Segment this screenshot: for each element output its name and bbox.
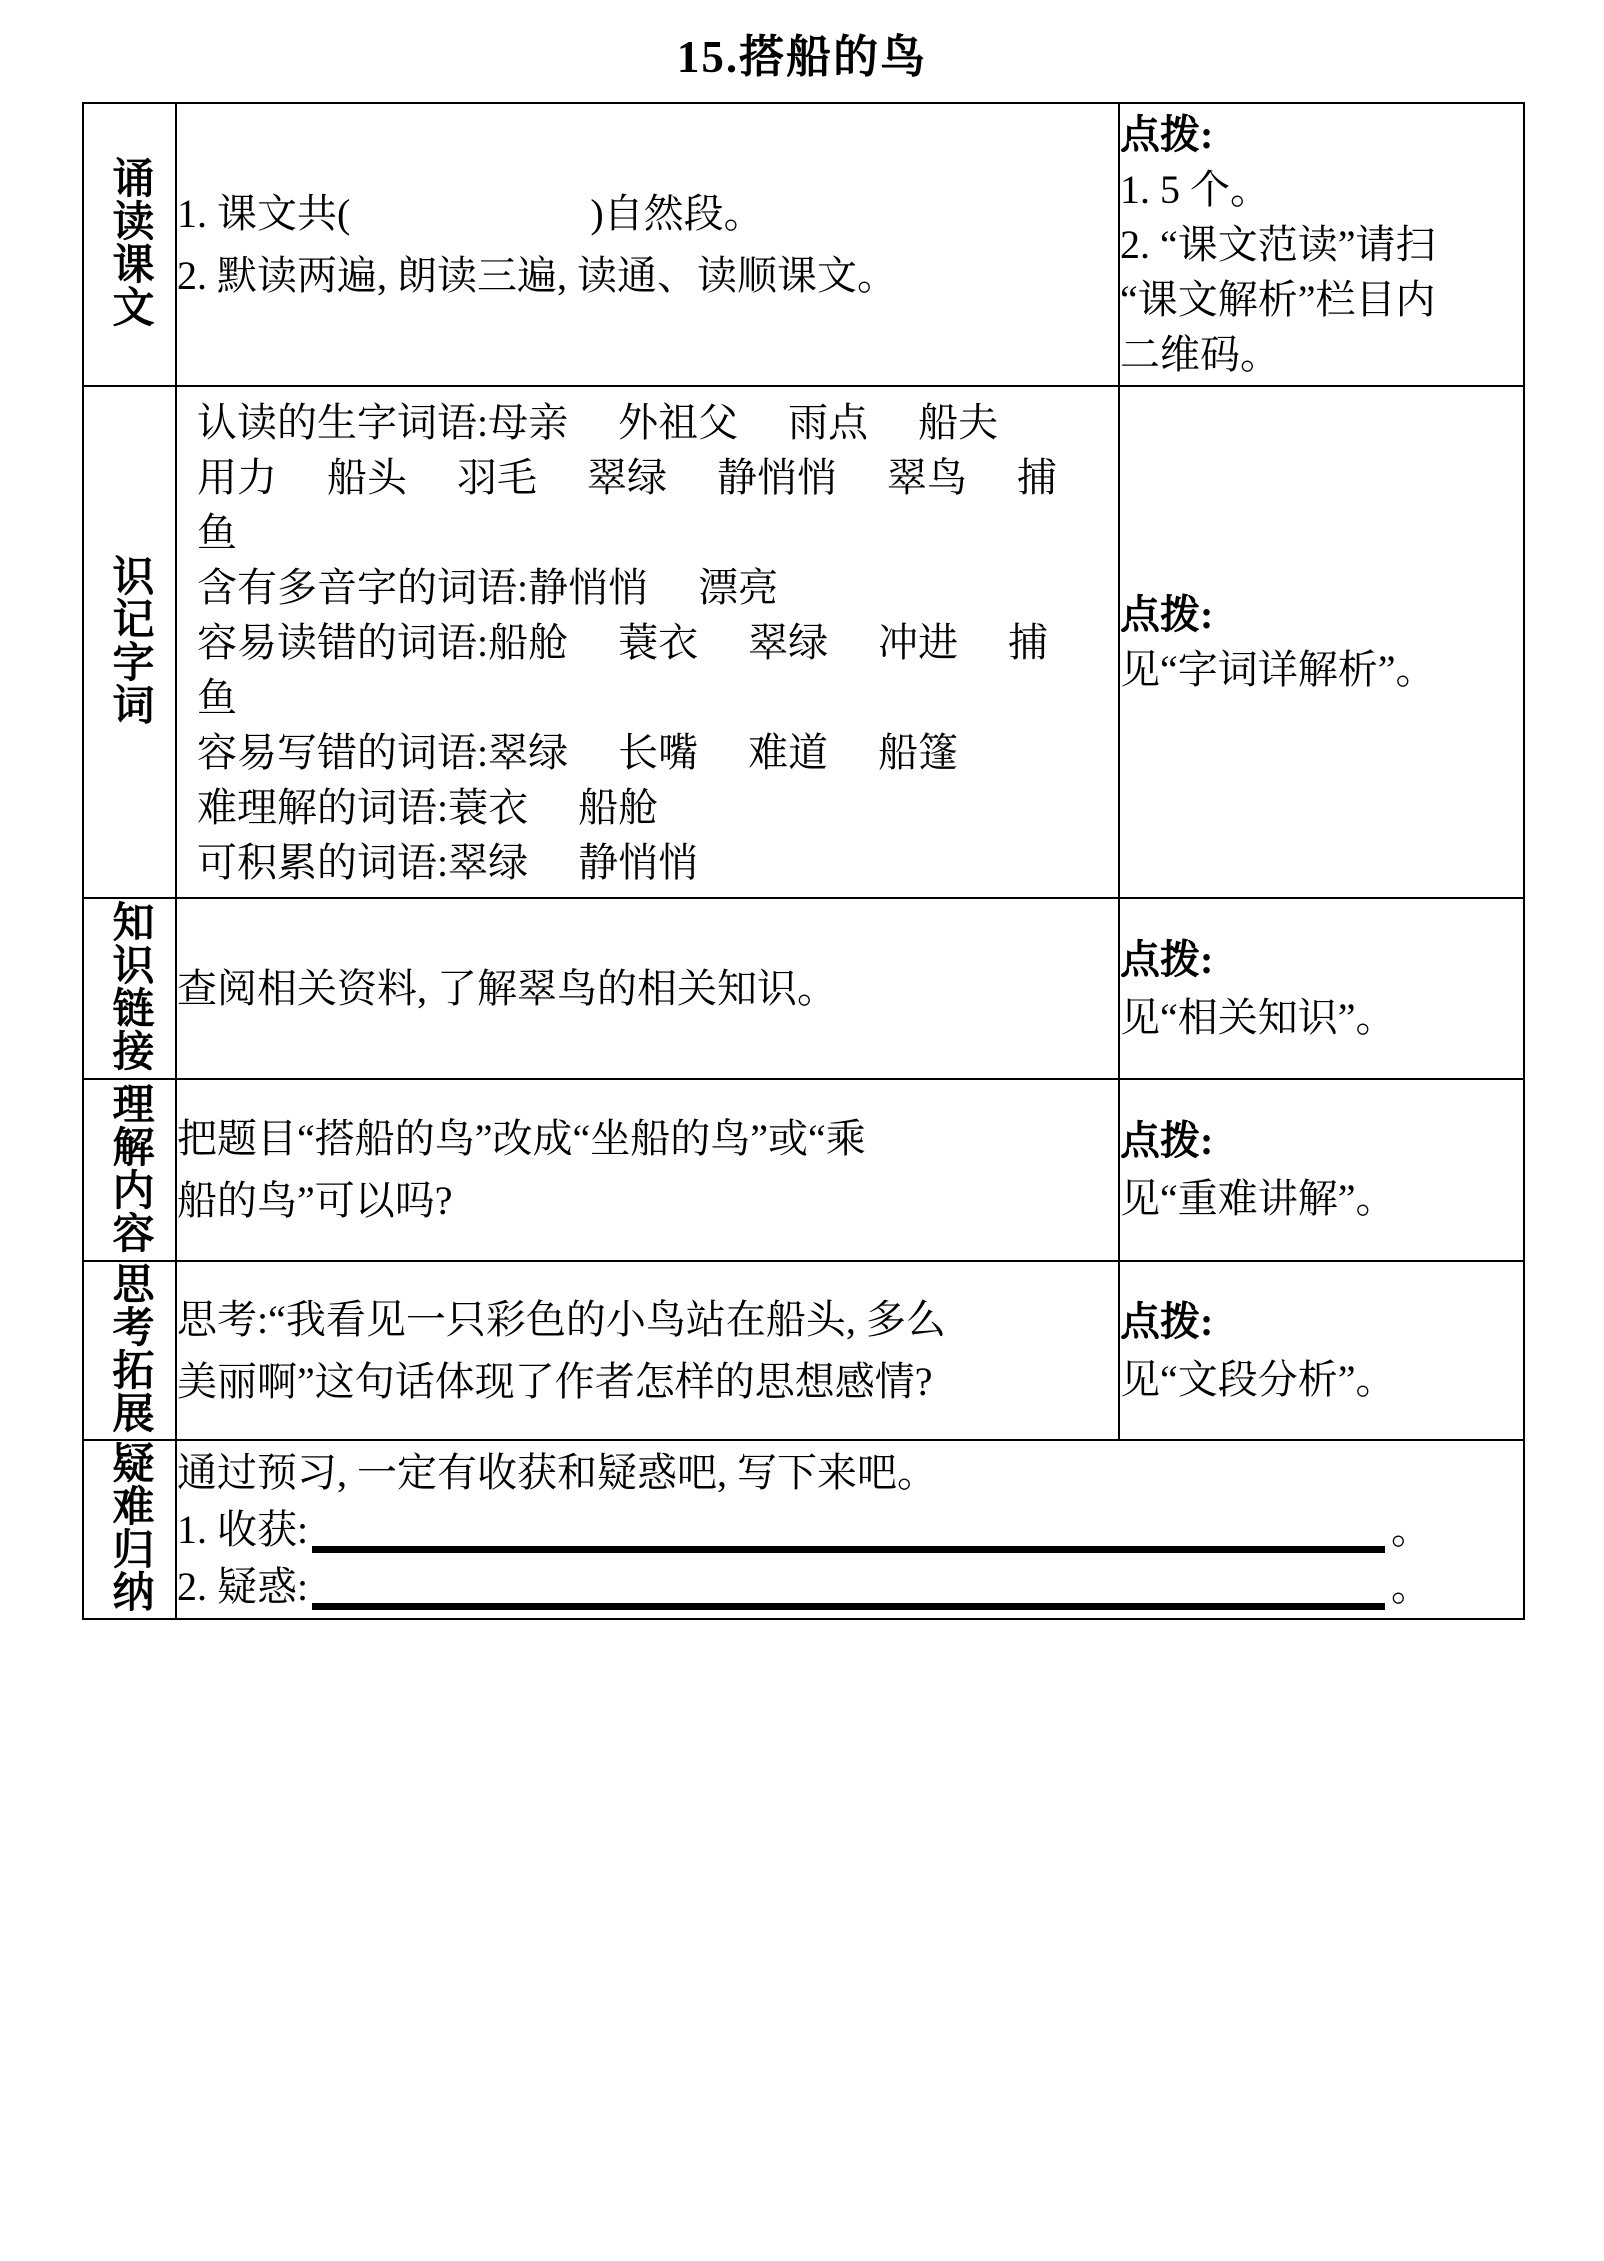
content-line: 难理解的词语:蓑衣 船舱 <box>197 780 1098 835</box>
tip-title: 点拨: <box>1120 931 1523 989</box>
content-line: 1. 课文共( )自然段。 <box>177 183 1118 245</box>
tip-title: 点拨: <box>1120 107 1523 162</box>
table-row: 思考拓展 思考:“我看见一只彩色的小鸟站在船头, 多么 美丽啊”这句话体现了作者… <box>83 1261 1524 1440</box>
content-line: 2. 默读两遍, 朗读三遍, 读通、读顺课文。 <box>177 245 1118 307</box>
table-row: 疑难归纳 通过预习, 一定有收获和疑惑吧, 写下来吧。 1. 收获: 。 2. … <box>83 1440 1524 1619</box>
row-label-cell: 思考拓展 <box>83 1261 176 1440</box>
content-line: 把题目“搭船的鸟”改成“坐船的鸟”或“乘 <box>177 1108 1118 1170</box>
table-row: 识记字词 认读的生字词语:母亲 外祖父 雨点 船夫 用力 船头 羽毛 翠绿 静悄… <box>83 386 1524 898</box>
row-label-cell: 知识链接 <box>83 898 176 1079</box>
fill-period: 。 <box>1391 1558 1431 1615</box>
content-line: 认读的生字词语:母亲 外祖父 雨点 船夫 <box>197 395 1098 450</box>
tip-title: 点拨: <box>1120 1112 1523 1170</box>
tip-line: 见“相关知识”。 <box>1120 989 1523 1047</box>
content-line: 船的鸟”可以吗? <box>177 1170 1118 1232</box>
row-label: 思考拓展 <box>109 1262 151 1434</box>
row-content-cell: 认读的生字词语:母亲 外祖父 雨点 船夫 用力 船头 羽毛 翠绿 静悄悄 翠鸟 … <box>176 386 1119 898</box>
content-line: 容易写错的词语:翠绿 长嘴 难道 船篷 <box>197 725 1098 780</box>
tip-line: 2. “课文范读”请扫 <box>1120 217 1523 272</box>
page-title: 15.搭船的鸟 <box>0 20 1604 85</box>
blank-line <box>312 1534 1385 1553</box>
row-label: 知识链接 <box>109 900 151 1072</box>
row-label: 识记字词 <box>109 554 151 726</box>
fill-label: 1. 收获: <box>177 1501 308 1558</box>
table-row: 知识链接 查阅相关资料, 了解翠鸟的相关知识。 点拨: 见“相关知识”。 <box>83 898 1524 1079</box>
content-line: 可积累的词语:翠绿 静悄悄 <box>197 835 1098 890</box>
row-content-cell: 1. 课文共( )自然段。 2. 默读两遍, 朗读三遍, 读通、读顺课文。 <box>176 103 1119 386</box>
content-line: 含有多音字的词语:静悄悄 漂亮 <box>197 560 1098 615</box>
row-content-cell: 查阅相关资料, 了解翠鸟的相关知识。 <box>176 898 1119 1079</box>
row-label: 理解内容 <box>109 1082 151 1254</box>
tip-line: “课文解析”栏目内 <box>1120 272 1523 327</box>
fill-label: 2. 疑惑: <box>177 1558 308 1615</box>
tip-cell: 点拨: 见“重难讲解”。 <box>1119 1079 1524 1261</box>
tip-line: 见“字词详解析”。 <box>1120 642 1523 697</box>
row-content-cell: 通过预习, 一定有收获和疑惑吧, 写下来吧。 1. 收获: 。 2. 疑惑: 。 <box>176 1440 1524 1619</box>
content-line: 美丽啊”这句话体现了作者怎样的思想感情? <box>177 1351 1118 1413</box>
blank-line <box>312 1591 1385 1610</box>
tip-cell: 点拨: 见“相关知识”。 <box>1119 898 1524 1079</box>
tip-line: 1. 5 个。 <box>1120 162 1523 217</box>
row-label: 疑难归纳 <box>109 1441 151 1613</box>
content-line: 用力 船头 羽毛 翠绿 静悄悄 翠鸟 捕 <box>197 450 1098 505</box>
content-line: 思考:“我看见一只彩色的小鸟站在船头, 多么 <box>177 1289 1118 1351</box>
content-line: 通过预习, 一定有收获和疑惑吧, 写下来吧。 <box>177 1444 1523 1501</box>
fill-line-doubt: 2. 疑惑: 。 <box>177 1558 1523 1615</box>
tip-line: 见“文段分析”。 <box>1120 1351 1523 1409</box>
row-content-cell: 把题目“搭船的鸟”改成“坐船的鸟”或“乘 船的鸟”可以吗? <box>176 1079 1119 1261</box>
table-row: 理解内容 把题目“搭船的鸟”改成“坐船的鸟”或“乘 船的鸟”可以吗? 点拨: 见… <box>83 1079 1524 1261</box>
preview-table: 诵读课文 1. 课文共( )自然段。 2. 默读两遍, 朗读三遍, 读通、读顺课… <box>82 102 1525 1620</box>
tip-line: 二维码。 <box>1120 327 1523 382</box>
content-line: 鱼 <box>197 505 1098 560</box>
tip-cell: 点拨: 1. 5 个。 2. “课文范读”请扫 “课文解析”栏目内 二维码。 <box>1119 103 1524 386</box>
row-label-cell: 理解内容 <box>83 1079 176 1261</box>
row-label-cell: 诵读课文 <box>83 103 176 386</box>
content-line: 查阅相关资料, 了解翠鸟的相关知识。 <box>177 958 1118 1020</box>
content-line: 容易读错的词语:船舱 蓑衣 翠绿 冲进 捕 <box>197 615 1098 670</box>
table-row: 诵读课文 1. 课文共( )自然段。 2. 默读两遍, 朗读三遍, 读通、读顺课… <box>83 103 1524 386</box>
tip-title: 点拨: <box>1120 587 1523 642</box>
content-line: 鱼 <box>197 670 1098 725</box>
row-content-cell: 思考:“我看见一只彩色的小鸟站在船头, 多么 美丽啊”这句话体现了作者怎样的思想… <box>176 1261 1119 1440</box>
tip-line: 见“重难讲解”。 <box>1120 1170 1523 1228</box>
row-label-cell: 疑难归纳 <box>83 1440 176 1619</box>
tip-cell: 点拨: 见“文段分析”。 <box>1119 1261 1524 1440</box>
row-label: 诵读课文 <box>109 156 151 328</box>
tip-cell: 点拨: 见“字词详解析”。 <box>1119 386 1524 898</box>
row-label-cell: 识记字词 <box>83 386 176 898</box>
fill-line-harvest: 1. 收获: 。 <box>177 1501 1523 1558</box>
tip-title: 点拨: <box>1120 1293 1523 1351</box>
fill-period: 。 <box>1391 1501 1431 1558</box>
